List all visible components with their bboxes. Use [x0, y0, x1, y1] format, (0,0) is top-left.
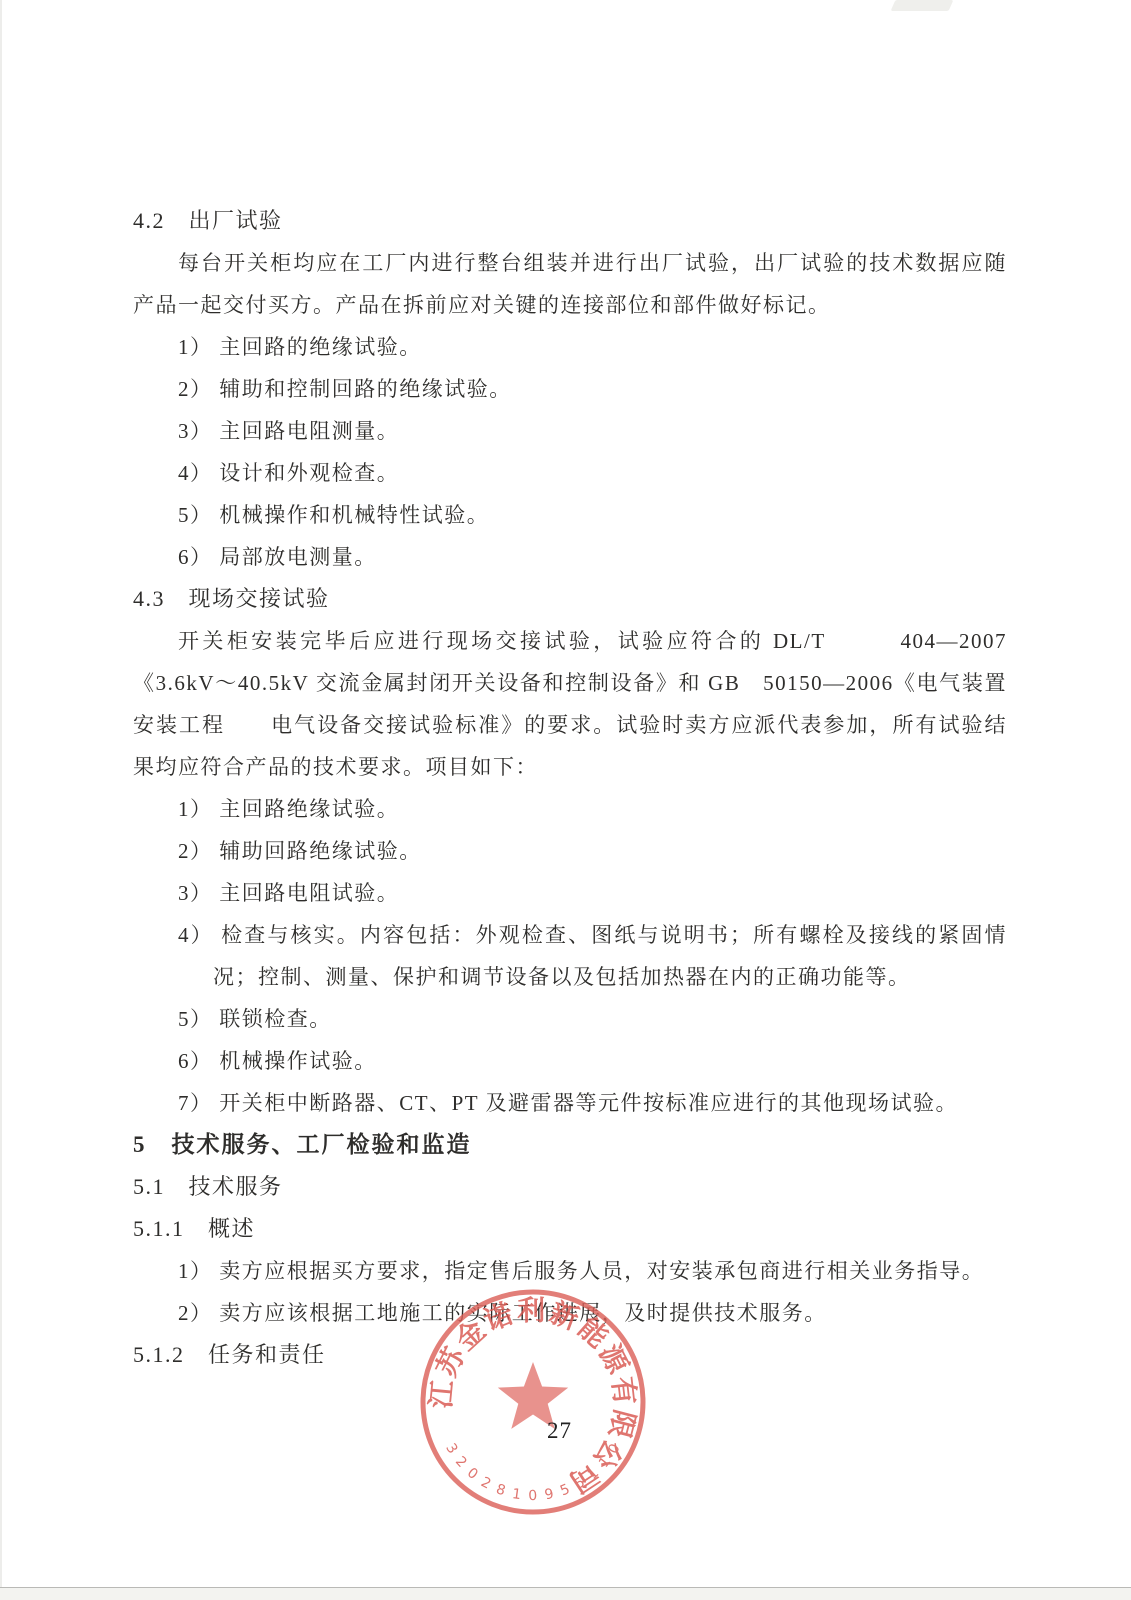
list-item: 4） 设计和外观检查。	[178, 452, 1007, 494]
scan-artifact-bottom	[0, 1587, 1131, 1600]
list-item: 1） 主回路的绝缘试验。	[178, 326, 1007, 368]
list-item: 3） 主回路电阻测量。	[178, 410, 1007, 452]
section-heading-5-1: 5.1 技术服务	[133, 1166, 1007, 1208]
list-item: 2） 辅助回路绝缘试验。	[178, 830, 1007, 872]
list-item: 6） 局部放电测量。	[178, 536, 1007, 578]
scan-artifact-left-edge	[0, 0, 2, 1600]
section-heading-5-1-1: 5.1.1 概述	[133, 1208, 1007, 1250]
list-item: 3） 主回路电阻试验。	[178, 872, 1007, 914]
document-page: 4.2 出厂试验 每台开关柜均应在工厂内进行整台组装并进行出厂试验，出厂试验的技…	[0, 0, 1131, 1600]
list-item: 7） 开关柜中断路器、CT、PT 及避雷器等元件按标准应进行的其他现场试验。	[178, 1082, 1007, 1124]
paragraph-site-test: 开关柜安装完毕后应进行现场交接试验，试验应符合的 DL/T 404—2007《3…	[133, 620, 1007, 788]
list-item: 4） 检查与核实。内容包括：外观检查、图纸与说明书；所有螺栓及接线的紧固情况；控…	[178, 914, 1007, 998]
list-item: 5） 联锁检查。	[178, 998, 1007, 1040]
list-item: 5） 机械操作和机械特性试验。	[178, 494, 1007, 536]
section-heading-4-3: 4.3 现场交接试验	[133, 578, 1007, 620]
company-seal-stamp: 江苏金诺利新能源有限公司 3202810955110	[403, 1272, 663, 1532]
scan-artifact-top-right	[891, 0, 954, 11]
list-item: 1） 主回路绝缘试验。	[178, 788, 1007, 830]
section-heading-4-2: 4.2 出厂试验	[133, 200, 1007, 242]
document-body: 4.2 出厂试验 每台开关柜均应在工厂内进行整台组装并进行出厂试验，出厂试验的技…	[133, 200, 1007, 1376]
list-item: 6） 机械操作试验。	[178, 1040, 1007, 1082]
list-item: 2） 辅助和控制回路的绝缘试验。	[178, 368, 1007, 410]
page-number: 27	[547, 1418, 572, 1444]
paragraph-factory-test: 每台开关柜均应在工厂内进行整台组装并进行出厂试验，出厂试验的技术数据应随产品一起…	[133, 242, 1007, 326]
chapter-heading-5: 5 技术服务、工厂检验和监造	[133, 1124, 1007, 1166]
